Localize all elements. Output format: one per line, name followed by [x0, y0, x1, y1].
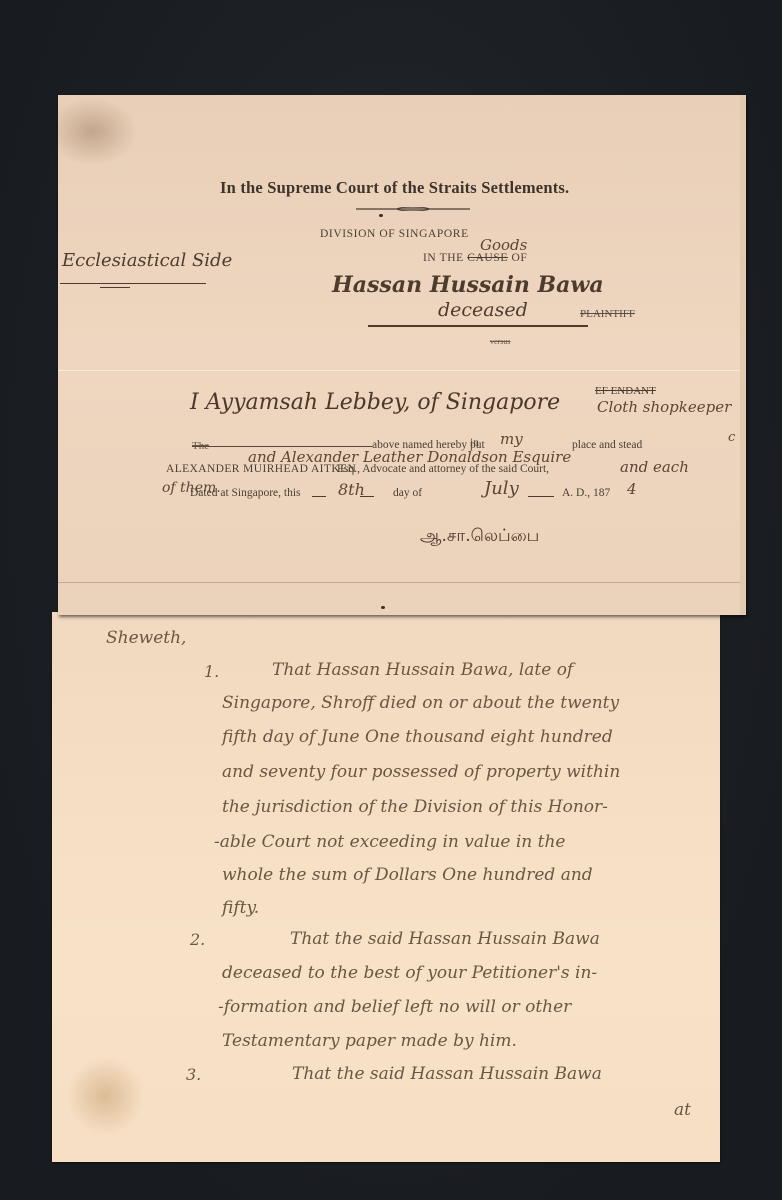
- ink-speck: [379, 214, 383, 217]
- appointor-name: I Ayyamsah Lebbey, of Singapore: [190, 390, 560, 415]
- plaintiff-struck: PLAINTIFF: [580, 308, 635, 320]
- division-label: DIVISION OF SINGAPORE: [320, 228, 469, 240]
- margin-note: Ecclesiastical Side: [62, 250, 232, 271]
- court-title: In the Supreme Court of the Straits Sett…: [220, 178, 569, 198]
- petition-line: Testamentary paper made by him.: [222, 1031, 517, 1051]
- margin-underline: [60, 283, 206, 284]
- petition-line: fifty.: [222, 898, 259, 918]
- deceased-label: deceased: [438, 299, 528, 321]
- petition-line: -formation and belief left no will or ot…: [218, 997, 571, 1017]
- dated-label: Dated at Singapore, this: [190, 487, 301, 499]
- in-the-prefix: IN THE: [423, 252, 464, 264]
- defendant-struck: EF ENDANT: [595, 385, 656, 397]
- and-each: and each: [620, 458, 689, 476]
- petition-line: That the said Hassan Hussain Bawa: [292, 1064, 602, 1084]
- paragraph-number: 2.: [190, 930, 205, 949]
- year-digit: 4: [627, 480, 637, 498]
- fold-line: [58, 582, 740, 583]
- petition-line: fifth day of June One thousand eight hun…: [222, 727, 613, 747]
- petition-line: That Hassan Hussain Bawa, late of: [272, 660, 573, 680]
- petition-line: -able Court not exceeding in value in th…: [214, 832, 566, 852]
- my-insert: my: [500, 430, 523, 448]
- dash: [528, 496, 554, 497]
- day-of-label: day of: [393, 487, 422, 499]
- ad-year-label: A. D., 187: [562, 487, 610, 499]
- strike-rule: [192, 446, 372, 447]
- paragraph-number: 3.: [186, 1065, 201, 1084]
- petition-line: whole the sum of Dollars One hundred and: [222, 865, 593, 885]
- estate-name: Hassan Hussain Bawa: [332, 272, 604, 298]
- dash: [312, 496, 326, 497]
- name-underline: [368, 325, 588, 327]
- petition-line: the jurisdiction of the Division of this…: [222, 797, 608, 817]
- versus-struck: versus: [490, 337, 510, 346]
- dash: [360, 496, 374, 497]
- ink-speck: [381, 606, 385, 609]
- occupation: Cloth shopkeeper: [597, 398, 731, 416]
- petition-line: That the said Hassan Hussain Bawa: [290, 929, 600, 949]
- ornament-rule-icon: [356, 207, 470, 211]
- margin-underline: [100, 287, 130, 288]
- advocate-text: Esq., Advocate and attorney of the said …: [337, 463, 549, 475]
- petition-line: and seventy four possessed of property w…: [222, 762, 620, 782]
- petition-line: Singapore, Shroff died on or about the t…: [222, 693, 619, 713]
- paragraph-number: 1.: [204, 662, 219, 681]
- petition-line: deceased to the best of your Petitioner'…: [222, 963, 597, 983]
- tamil-signature: ஆ.சா.லெப்பை: [420, 526, 539, 548]
- fold-line: [58, 370, 740, 371]
- court-form-sheet: [58, 95, 746, 615]
- dated-month: July: [484, 478, 519, 499]
- attorney-name: ALEXANDER MUIRHEAD AITKEN: [166, 463, 356, 475]
- edge-mark: c: [728, 430, 735, 445]
- salutation: Sheweth,: [106, 628, 186, 648]
- place-and-stead: place and stead: [572, 439, 642, 451]
- goods-insert: Goods: [480, 236, 527, 254]
- petition-line: at: [674, 1100, 691, 1120]
